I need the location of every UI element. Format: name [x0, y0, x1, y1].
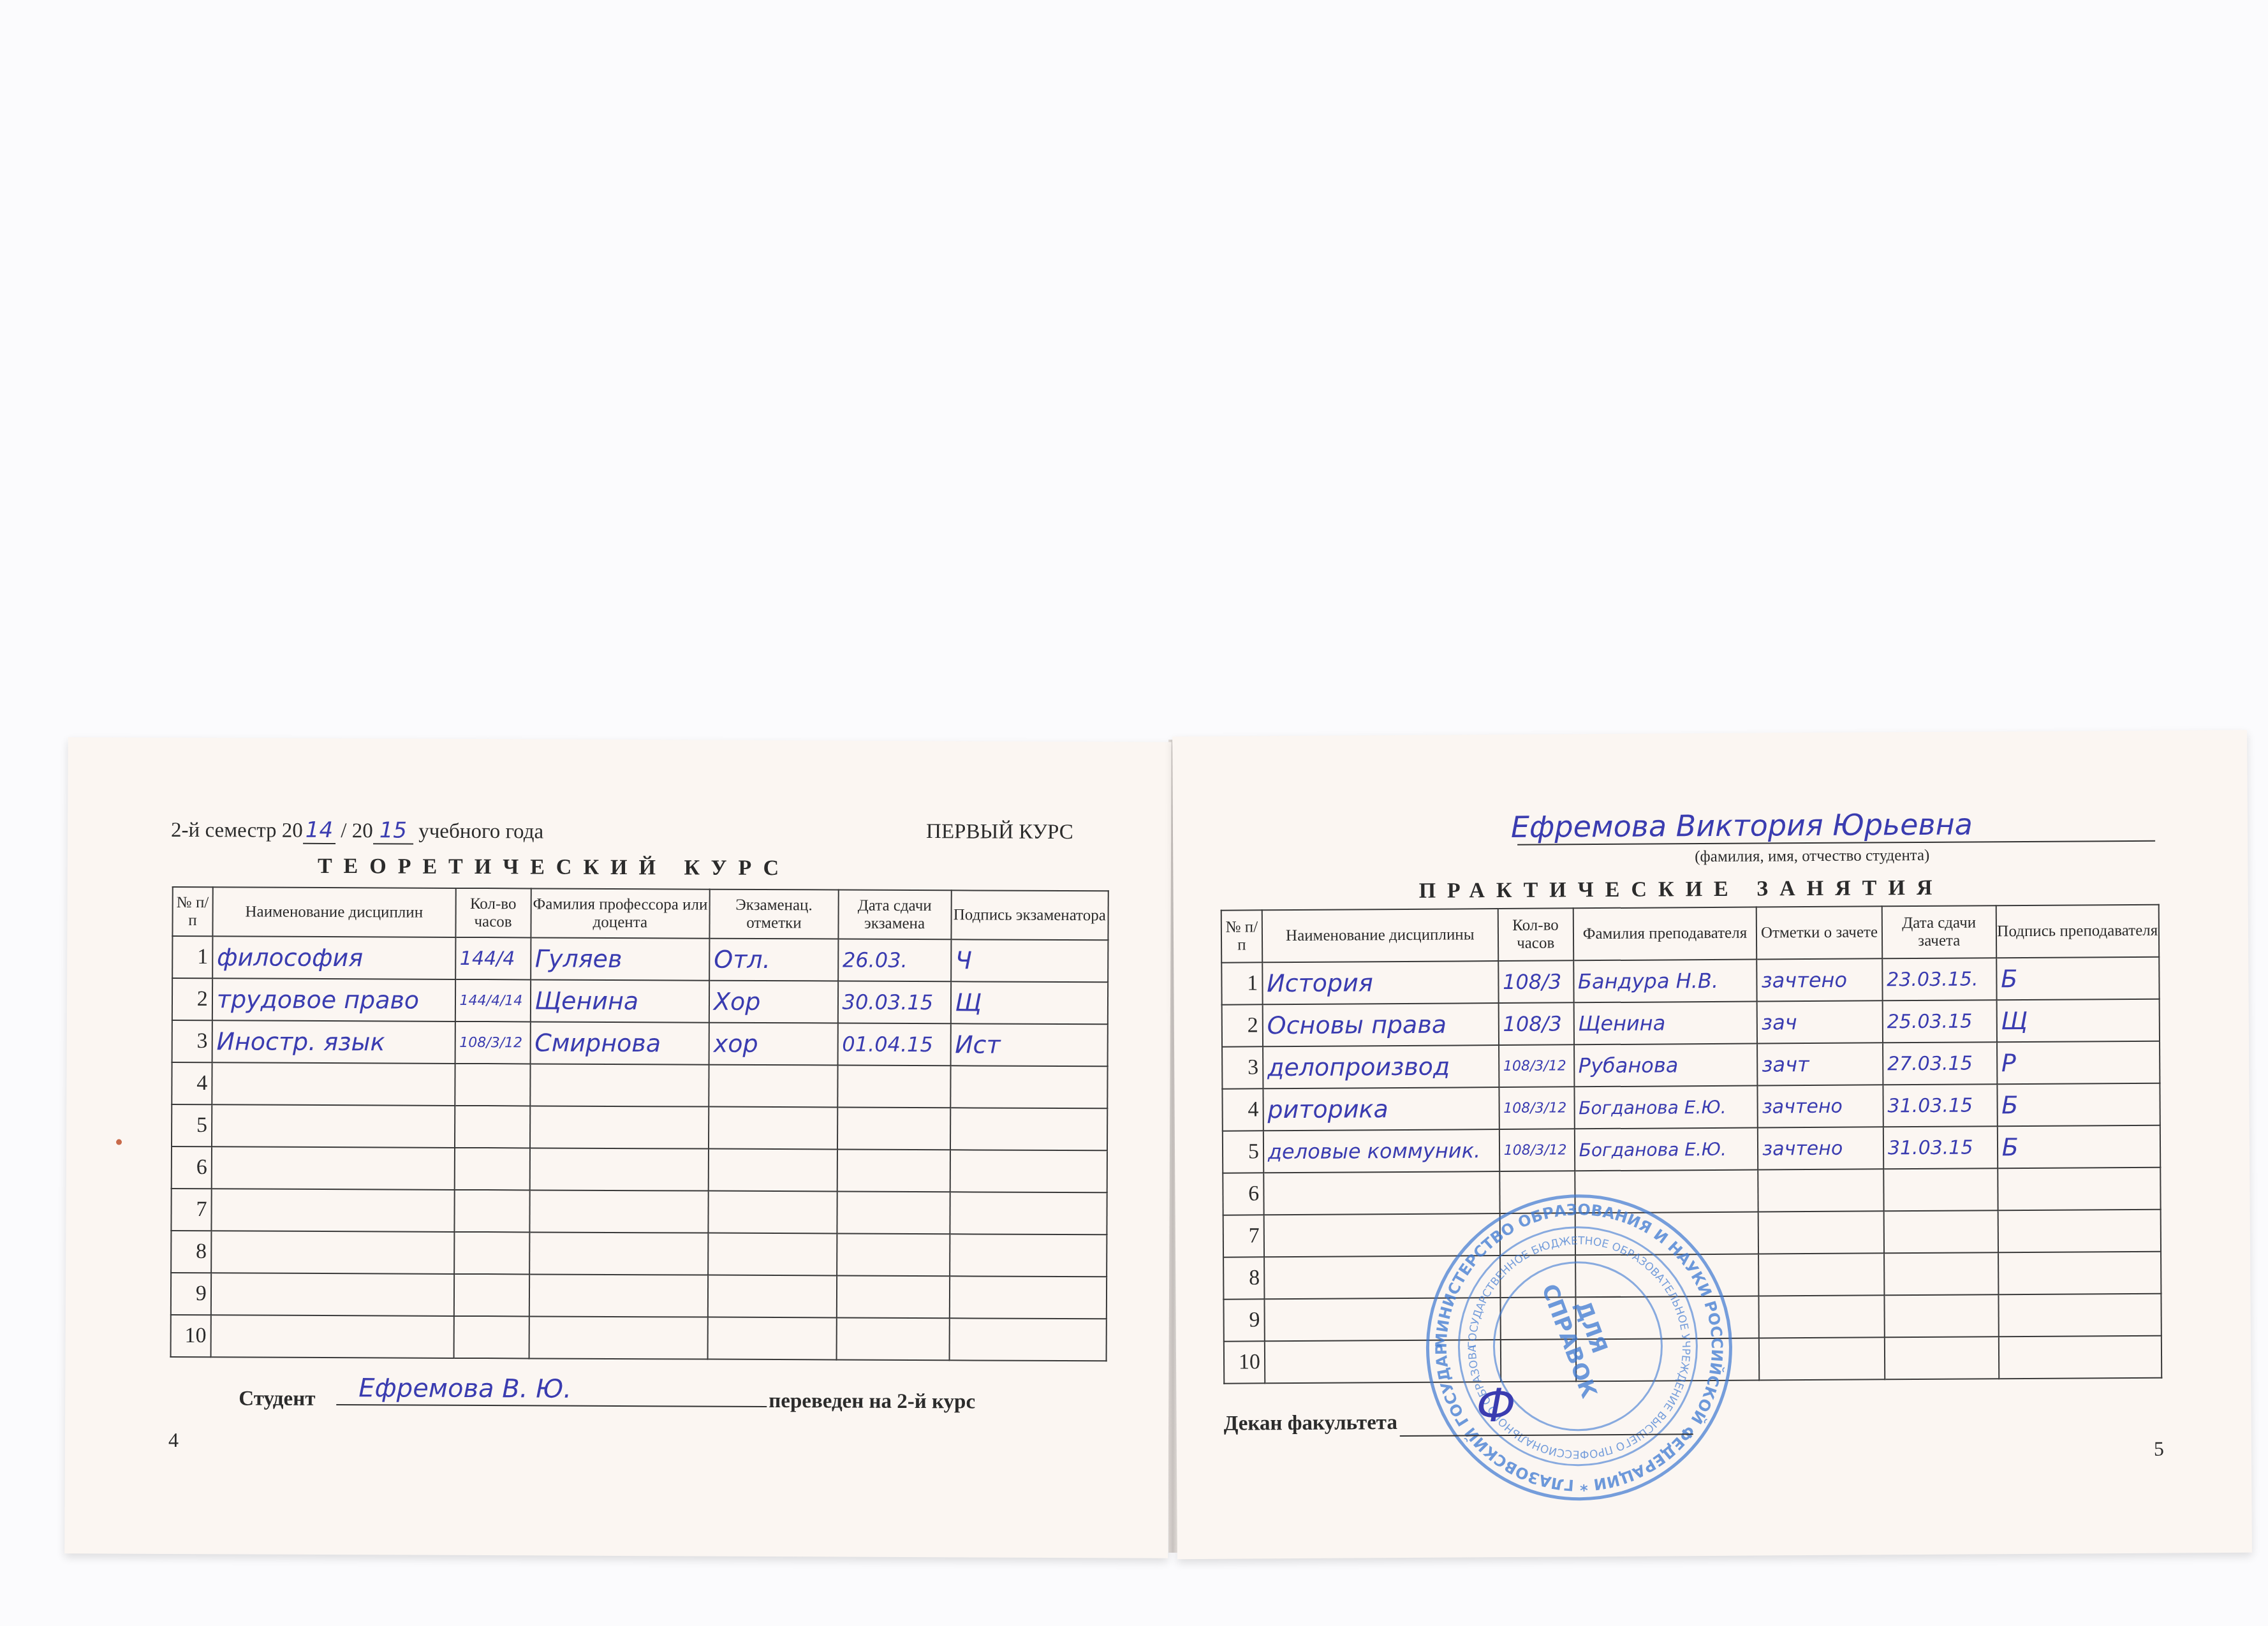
page-number-right: 5: [2154, 1437, 2164, 1461]
col-header-discipline: Наименование дисциплин: [212, 887, 455, 937]
date-cell: 31.03.15: [1883, 1126, 1998, 1169]
row-number: 2: [172, 978, 212, 1020]
col-header-teacher: Фамилия преподавателя: [1573, 907, 1756, 961]
hours-cell: 108/3/12: [1499, 1044, 1574, 1087]
row-number: 6: [1223, 1173, 1263, 1215]
teacher-cell: Богданова Е.Ю.: [1574, 1128, 1758, 1171]
table-row: 3 делопроизвод 108/3/12 Рубанова зачт 27…: [1222, 1041, 2160, 1089]
col-header-date: Дата сдачи экзамена: [838, 890, 951, 940]
mark-cell: [708, 1275, 837, 1318]
table-row: 1 История 108/3 Бандура Н.В. зачтено 23.…: [1221, 957, 2159, 1005]
full-name-line: [1517, 807, 2155, 846]
col-header-number: № п/п: [172, 887, 212, 936]
signature-cell: [950, 1234, 1107, 1277]
mark-cell: [1758, 1253, 1884, 1296]
discipline-cell: трудовое право: [212, 978, 455, 1022]
mark-cell: зачт: [1757, 1043, 1883, 1085]
ink-dot: [116, 1139, 122, 1145]
row-number: 5: [172, 1104, 212, 1146]
row-number: 9: [1223, 1299, 1264, 1341]
teacher-cell: Гуляев: [531, 937, 710, 980]
hours-cell: [454, 1232, 529, 1275]
date-cell: 01.04.15: [837, 1023, 950, 1066]
table-row: 5 деловые коммуник. 108/3/12 Богданова Е…: [1223, 1125, 2160, 1173]
signature-cell: [1998, 1252, 2161, 1295]
signature-cell: Ист: [950, 1023, 1108, 1066]
section-title-theory: ТЕОРЕТИЧЕСКИЙ КУРС: [318, 854, 790, 881]
hours-cell: [453, 1274, 529, 1317]
col-header-signature: Подпись экзаменатора: [951, 890, 1108, 940]
teacher-cell: [529, 1190, 709, 1233]
col-header-number: № п/п: [1221, 910, 1262, 962]
table-row: 7: [171, 1189, 1107, 1234]
discipline-cell: [211, 1189, 454, 1232]
col-header-teacher: Фамилия профессора или доцента: [531, 888, 710, 938]
hours-cell: 108/3/12: [1499, 1129, 1574, 1171]
date-cell: [836, 1317, 949, 1360]
teacher-cell: [529, 1274, 708, 1317]
date-cell: [1884, 1294, 1998, 1337]
discipline-cell: риторика: [1263, 1087, 1499, 1131]
col-header-discipline: Наименование дисциплины: [1262, 909, 1498, 962]
discipline-cell: [212, 1062, 455, 1106]
table-row: 4 риторика 108/3/12 Богданова Е.Ю. зачте…: [1222, 1083, 2160, 1131]
discipline-cell: философия: [212, 936, 455, 979]
date-cell: [1885, 1337, 1999, 1379]
semester-suffix: учебного года: [413, 820, 543, 844]
mark-cell: [708, 1317, 837, 1360]
mark-cell: зачтено: [1756, 958, 1882, 1001]
date-cell: [837, 1149, 950, 1192]
signature-cell: Б: [1996, 957, 2160, 1000]
left-page: 2-й семестр 2014 / 2015 учебного года ПЕ…: [64, 737, 1172, 1558]
hours-cell: [455, 1064, 530, 1106]
mark-cell: [709, 1149, 837, 1192]
signature-cell: [1998, 1294, 2161, 1337]
col-header-date: Дата сдачи зачета: [1882, 905, 1996, 958]
row-number: 3: [172, 1020, 212, 1062]
date-cell: [837, 1191, 950, 1234]
date-cell: [1883, 1210, 1998, 1253]
signature-cell: Б: [1997, 1083, 2160, 1127]
dean-signature: Ф: [1476, 1379, 1515, 1432]
course-label: ПЕРВЫЙ КУРС: [926, 820, 1073, 844]
table-row: 4: [172, 1062, 1107, 1108]
col-header-hours: Кол-во часов: [1498, 908, 1573, 961]
date-cell: [1883, 1168, 1998, 1211]
table-row: 9: [171, 1273, 1107, 1319]
discipline-cell: [210, 1315, 453, 1358]
row-number: 7: [171, 1189, 211, 1231]
row-number: 4: [1222, 1088, 1263, 1131]
row-number: 3: [1222, 1046, 1263, 1088]
table-row: 6: [172, 1146, 1107, 1192]
official-stamp: МИНИСТЕРСТВО ОБРАЗОВАНИЯ И НАУКИ РОССИЙС…: [1425, 1194, 1733, 1502]
hours-cell: [455, 1106, 530, 1148]
signature-cell: Ч: [951, 939, 1108, 982]
signature-cell: [950, 1066, 1108, 1108]
row-number: 7: [1223, 1215, 1264, 1257]
teacher-cell: Рубанова: [1574, 1044, 1758, 1087]
date-cell: [1884, 1252, 1998, 1295]
discipline-cell: деловые коммуник.: [1263, 1129, 1499, 1173]
row-number: 5: [1223, 1131, 1263, 1173]
table-header-row: № п/п Наименование дисциплин Кол-во часо…: [172, 887, 1108, 940]
table-row: 10: [171, 1315, 1107, 1361]
discipline-cell: История: [1262, 961, 1498, 1004]
row-number: 1: [172, 936, 212, 978]
teacher-cell: [529, 1148, 709, 1190]
row-number: 6: [172, 1146, 212, 1189]
signature-cell: Р: [1997, 1041, 2160, 1085]
col-header-hours: Кол-во часов: [455, 888, 531, 938]
teacher-cell: [529, 1232, 709, 1275]
discipline-cell: Основы права: [1262, 1003, 1498, 1046]
semester-line: 2-й семестр 2014 / 2015 учебного года: [171, 817, 543, 844]
mark-cell: [709, 1107, 837, 1150]
transfer-text: переведен на 2-й курс: [769, 1389, 975, 1414]
dean-signature-line: [1400, 1408, 1693, 1437]
page-number-left: 4: [168, 1428, 179, 1452]
col-header-mark: Отметки о зачете: [1756, 906, 1882, 959]
hours-cell: 144/4/14: [455, 979, 530, 1022]
hours-cell: 108/3: [1498, 960, 1573, 1003]
student-name: Ефремова В. Ю.: [358, 1373, 571, 1403]
date-cell: [837, 1233, 950, 1276]
date-cell: 23.03.15.: [1882, 958, 1996, 1000]
mark-cell: [1758, 1211, 1884, 1254]
date-cell: 31.03.15: [1883, 1084, 1997, 1127]
discipline-cell: делопроизвод: [1263, 1045, 1499, 1088]
hours-cell: [454, 1148, 529, 1190]
teacher-cell: [529, 1316, 708, 1359]
table-row: 2 трудовое право 144/4/14 Щенина Хор 30.…: [172, 978, 1108, 1024]
year-start: 14: [303, 817, 335, 844]
mark-cell: Отл.: [709, 939, 838, 981]
col-header-mark: Экзаменац. отметки: [710, 890, 839, 939]
teacher-cell: [530, 1064, 709, 1106]
signature-cell: [1998, 1336, 2161, 1379]
signature-cell: [949, 1318, 1107, 1361]
mark-cell: [709, 1065, 837, 1108]
date-cell: 27.03.15: [1883, 1042, 1997, 1085]
teacher-cell: [529, 1106, 709, 1148]
discipline-cell: [212, 1104, 455, 1148]
hours-cell: 108/3/12: [455, 1022, 530, 1064]
teacher-cell: Бандура Н.В.: [1573, 960, 1757, 1003]
mark-cell: хор: [709, 1023, 838, 1066]
hours-cell: 144/4: [455, 937, 531, 980]
dean-label: Декан факультета: [1224, 1411, 1398, 1436]
discipline-cell: [211, 1231, 454, 1274]
mark-cell: [1759, 1337, 1885, 1380]
mark-cell: [1759, 1295, 1885, 1338]
section-title-practice: ПРАКТИЧЕСКИЕ ЗАНЯТИЯ: [1418, 876, 1943, 904]
mark-cell: зачтено: [1758, 1127, 1883, 1169]
row-number: 8: [171, 1231, 211, 1273]
signature-cell: [1998, 1168, 2161, 1211]
date-cell: [837, 1066, 950, 1108]
hours-cell: 108/3/12: [1499, 1087, 1574, 1129]
mark-cell: Хор: [709, 981, 838, 1023]
date-cell: 25.03.15: [1882, 1000, 1996, 1043]
mark-cell: зач: [1757, 1000, 1883, 1043]
row-number: 8: [1223, 1257, 1264, 1299]
signature-cell: [950, 1192, 1107, 1234]
hours-cell: [454, 1190, 529, 1233]
theory-table: № п/п Наименование дисциплин Кол-во часо…: [170, 886, 1109, 1361]
discipline-cell: [211, 1273, 454, 1316]
date-cell: [836, 1275, 949, 1318]
table-header-row: № п/п Наименование дисциплины Кол-во час…: [1221, 905, 2159, 963]
mark-cell: [709, 1191, 837, 1234]
signature-cell: [1998, 1210, 2161, 1253]
row-number: 1: [1221, 962, 1262, 1004]
signature-cell: Щ: [950, 981, 1108, 1024]
table-row: 3 Иностр. язык 108/3/12 Смирнова хор 01.…: [172, 1020, 1108, 1066]
date-cell: 26.03.: [838, 939, 951, 982]
student-label: Студент: [239, 1387, 315, 1411]
mark-cell: зачтено: [1758, 1085, 1883, 1127]
signature-cell: Щ: [1996, 999, 2160, 1043]
date-cell: [837, 1108, 950, 1150]
col-header-signature: Подпись преподавателя: [1996, 905, 2159, 958]
table-row: 1 философия 144/4 Гуляев Отл. 26.03. Ч: [172, 936, 1108, 982]
row-number: 10: [171, 1315, 211, 1357]
signature-cell: [950, 1108, 1107, 1150]
row-number: 10: [1224, 1341, 1265, 1383]
teacher-cell: Богданова Е.Ю.: [1574, 1086, 1758, 1129]
semester-prefix: 2-й семестр 20: [171, 819, 303, 842]
year-separator: / 20: [335, 819, 373, 842]
signature-cell: Б: [1997, 1125, 2160, 1169]
signature-cell: [949, 1276, 1107, 1319]
date-cell: 30.03.15: [838, 981, 951, 1024]
hours-cell: [453, 1316, 529, 1359]
right-page: Ефремова Виктория Юрьевна (фамилия, имя,…: [1172, 730, 2252, 1559]
discipline-cell: [212, 1146, 455, 1190]
discipline-cell: Иностр. язык: [212, 1020, 455, 1064]
hours-cell: 108/3: [1498, 1002, 1573, 1045]
year-end: 15: [373, 817, 413, 844]
signature-cell: [950, 1150, 1107, 1192]
teacher-cell: Смирнова: [530, 1022, 709, 1064]
table-row: 8: [171, 1231, 1107, 1277]
row-number: 2: [1222, 1004, 1263, 1046]
mark-cell: [1758, 1169, 1883, 1212]
table-row: 2 Основы права 108/3 Щенина зач 25.03.15…: [1222, 999, 2160, 1047]
name-caption: (фамилия, имя, отчество студента): [1695, 847, 1929, 866]
teacher-cell: Щенина: [1573, 1002, 1757, 1045]
row-number: 4: [172, 1062, 212, 1104]
teacher-cell: Щенина: [530, 979, 709, 1022]
row-number: 9: [171, 1273, 211, 1315]
mark-cell: [708, 1233, 837, 1276]
table-row: 5: [172, 1104, 1107, 1150]
